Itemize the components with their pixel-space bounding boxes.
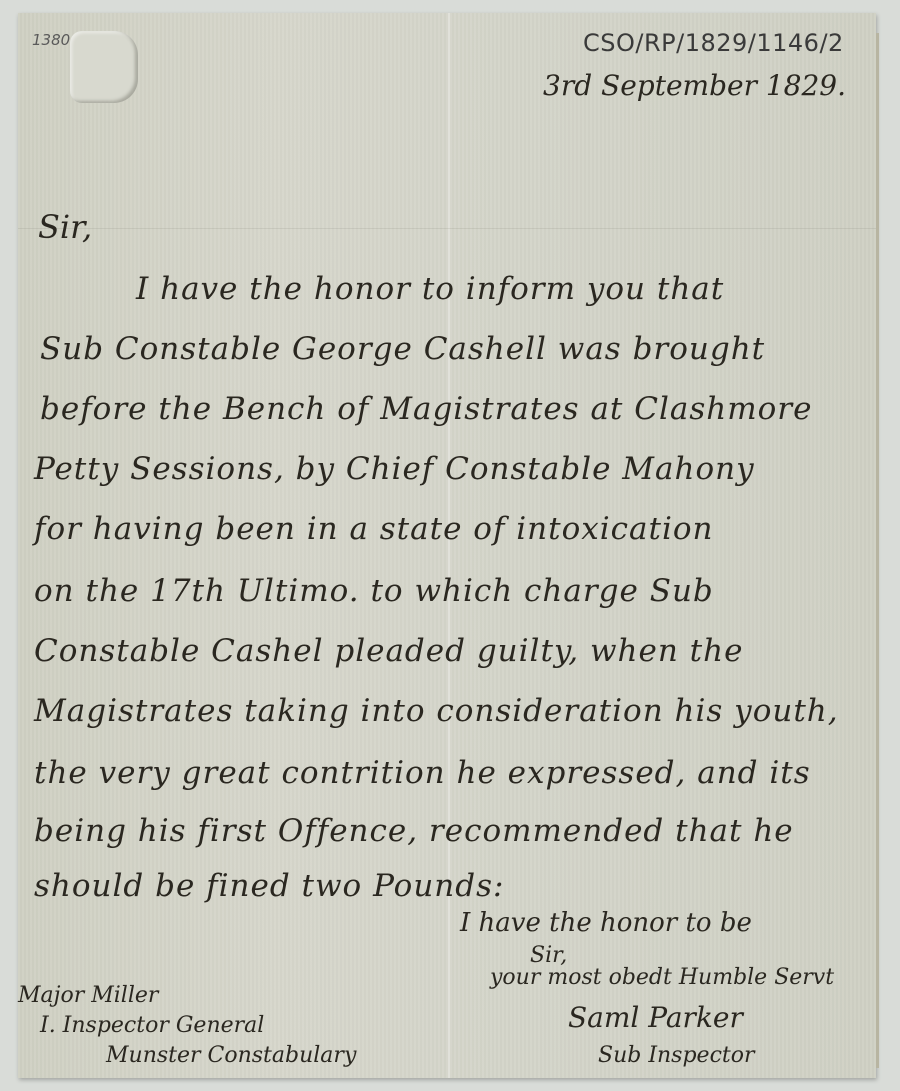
body-line: the very great contrition he expressed, … <box>34 755 811 791</box>
body-line: Sub Constable George Cashell was brought <box>40 331 765 367</box>
addressee-title: I. Inspector General <box>40 1013 264 1038</box>
body-line: Petty Sessions, by Chief Constable Mahon… <box>34 451 755 487</box>
body-line: before the Bench of Magistrates at Clash… <box>40 391 812 427</box>
body-line: for having been in a state of intoxicati… <box>34 511 714 547</box>
body-line: should be fined two Pounds: <box>34 868 504 904</box>
body-line: I have the honor to inform you that <box>136 271 724 307</box>
archive-number: 1380 <box>32 31 70 49</box>
signature: Saml Parker <box>568 1001 743 1034</box>
embossed-seal-icon <box>70 31 138 103</box>
addressee-name: Major Miller <box>18 983 158 1008</box>
body-line: Constable Cashel pleaded guilty, when th… <box>34 633 743 669</box>
body-line: Magistrates taking into consideration hi… <box>34 693 839 729</box>
letter-paper: 1380 CSO/RP/1829/1146/2 3rd September 18… <box>18 13 876 1078</box>
addressee-org: Munster Constabulary <box>106 1043 356 1068</box>
paper-fold-horizontal <box>18 228 876 229</box>
signatory-title: Sub Inspector <box>598 1043 755 1068</box>
paper-edge <box>876 33 879 1068</box>
body-line: on the 17th Ultimo. to which charge Sub <box>34 573 714 609</box>
salutation: Sir, <box>38 208 92 246</box>
body-line: being his first Offence, recommended tha… <box>34 813 794 849</box>
reference-number: CSO/RP/1829/1146/2 <box>583 29 844 57</box>
closing-line: I have the honor to be <box>460 908 752 938</box>
closing-servant: your most obedt Humble Servt <box>490 965 834 990</box>
letter-date: 3rd September 1829. <box>543 69 846 102</box>
